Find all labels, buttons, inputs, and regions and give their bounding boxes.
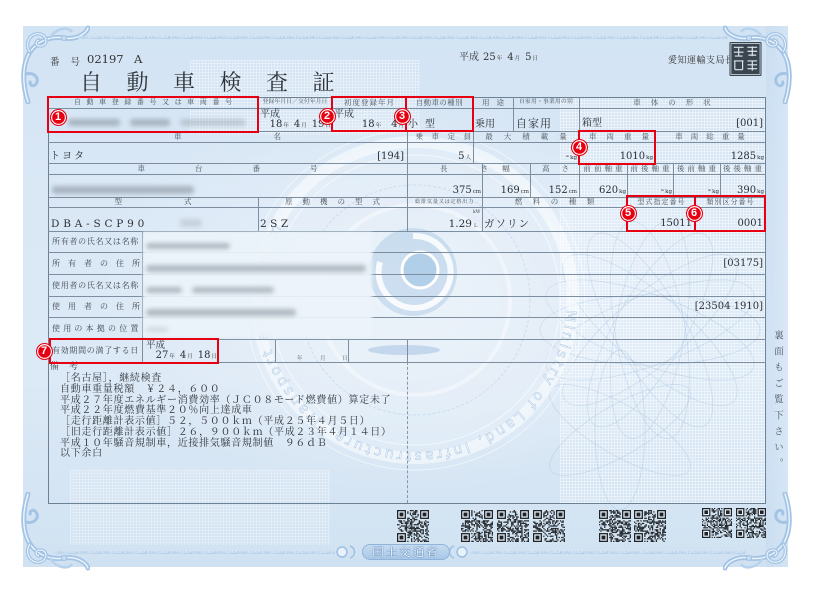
issue-month: 4 bbox=[507, 52, 513, 63]
user-address-redacted bbox=[146, 309, 296, 316]
annotation-badge-4: 4 bbox=[571, 139, 588, 156]
remarks-line: 自動車重量税額 ￥２４，６００ bbox=[60, 384, 221, 395]
annotation-box-1 bbox=[47, 96, 259, 133]
label-width: 幅 bbox=[482, 163, 530, 174]
unit-cm: cm bbox=[473, 189, 481, 195]
displacement-value: 1.29 bbox=[420, 218, 472, 230]
remarks-dashed-divider bbox=[407, 362, 408, 503]
private-business-value: 自家用 bbox=[516, 118, 552, 130]
qr-code-icon bbox=[599, 510, 631, 542]
label-max-load: 最大積載量 bbox=[473, 131, 579, 142]
unit-year: 年 bbox=[497, 56, 503, 62]
label-rear-rear-axle: 後後軸重 bbox=[720, 163, 765, 174]
base-location-redacted bbox=[146, 327, 168, 332]
unit-person: 人 bbox=[465, 155, 471, 161]
height-number: 152 bbox=[549, 185, 568, 196]
table-rule bbox=[348, 339, 349, 362]
remarks-line: ［名古屋］，継続検査 bbox=[60, 373, 162, 384]
issue-year: 25 bbox=[483, 52, 496, 63]
page-title: 自動車検査証 bbox=[80, 71, 359, 97]
unit-day: 日 bbox=[533, 56, 539, 62]
registration-month: 4 bbox=[294, 119, 300, 130]
body-shape-value: 箱型 bbox=[582, 118, 602, 130]
annotation-badge-3: 3 bbox=[394, 108, 411, 125]
annotation-badge-6: 6 bbox=[686, 205, 703, 222]
remarks-line: ［旧走行距離計表示値］２６，９００ｋｍ（平成２３年４月１４日） bbox=[60, 427, 392, 438]
qr-code-icon bbox=[397, 510, 429, 542]
registration-year: 18 bbox=[270, 119, 283, 130]
owner-address-code: [03175] bbox=[690, 258, 763, 270]
gross-weight-number: 1285 bbox=[731, 151, 756, 162]
annotation-box-7 bbox=[49, 338, 219, 364]
annotation-box-3 bbox=[405, 96, 474, 132]
label-length: 長さ bbox=[407, 163, 482, 174]
label-height: 高さ bbox=[530, 163, 579, 174]
unit-month: 月 bbox=[301, 123, 307, 129]
blank-year-unit: 年 bbox=[297, 354, 303, 362]
issue-day: 5 bbox=[525, 52, 531, 63]
owner-address-redacted bbox=[146, 265, 366, 272]
certificate-number-suffix: A bbox=[134, 52, 142, 66]
certificate-number: 02197 bbox=[87, 52, 124, 66]
model-redaction-blur bbox=[180, 219, 202, 227]
official-seal-icon bbox=[729, 41, 762, 77]
ff-axle-number: 620 bbox=[599, 185, 618, 196]
label-chassis-number: 車台番号 bbox=[48, 163, 407, 174]
label-rear-front-axle: 後前軸重 bbox=[673, 163, 720, 174]
qr-code-icon bbox=[735, 508, 767, 538]
owner-name-redacted bbox=[146, 243, 230, 249]
qr-code-icon bbox=[634, 510, 666, 542]
unit-kw: kW bbox=[473, 210, 480, 215]
user-name-redacted bbox=[146, 287, 182, 293]
unit-kg: kg bbox=[619, 189, 626, 195]
annotation-badge-1: 1 bbox=[50, 109, 67, 126]
label-owner-name: 所有者の氏名又は名称 bbox=[52, 236, 142, 247]
label-capacity: 乗車定員 bbox=[407, 131, 473, 142]
label-gross-weight: 車両総重量 bbox=[655, 131, 765, 142]
fuel-value: ガソリン bbox=[484, 218, 530, 230]
usage-value: 乗用 bbox=[475, 119, 495, 131]
table-rule bbox=[407, 339, 408, 362]
width-number: 169 bbox=[501, 185, 520, 196]
maker-code: [194] bbox=[340, 151, 404, 163]
qr-code-icon bbox=[497, 510, 529, 542]
label-private-business: 自家用・事業用の別 bbox=[513, 97, 579, 108]
top-microtext-band: 国土交通省MLIT 国土交通省MLIT 国土交通省MLIT 国土交通省MLIT … bbox=[78, 36, 728, 39]
label-user-name: 使用者の氏名又は名称 bbox=[52, 280, 142, 291]
annotation-badge-5: 5 bbox=[620, 205, 637, 222]
qr-code-icon bbox=[533, 510, 565, 542]
label-fuel: 燃料の種類 bbox=[482, 197, 627, 207]
unit-liter: L bbox=[474, 223, 477, 229]
model-value: DBA-SCP90 bbox=[51, 218, 148, 230]
annotation-badge-2: 2 bbox=[319, 108, 336, 125]
maker-value: トヨタ bbox=[50, 151, 86, 163]
qr-code-icon bbox=[701, 508, 733, 538]
chassis-number-redacted bbox=[52, 186, 194, 194]
label-model: 型式 bbox=[48, 197, 258, 207]
annotation-badge-7: 7 bbox=[36, 343, 53, 360]
capacity-number: 5 bbox=[458, 151, 464, 162]
ministry-ribbon: 国土交通省 bbox=[362, 544, 450, 560]
user-name-redacted bbox=[192, 287, 274, 293]
issue-era: 平成 bbox=[459, 52, 479, 63]
label-registration-date: 登録年月日／交付年月日 bbox=[258, 97, 332, 108]
label-body-shape: 車体の形状 bbox=[579, 97, 765, 108]
unit-year: 年 bbox=[283, 123, 289, 129]
engine-model-value: 2SZ bbox=[260, 218, 292, 230]
body-shape-code: [001] bbox=[700, 118, 763, 130]
label-user-address: 使用者の住所 bbox=[52, 301, 142, 312]
qr-code-icon bbox=[461, 510, 493, 542]
bottom-microtext-band-left: 国土交通省MLIT 国土交通省MLIT 国土交通省MLIT 国土交通省MLIT … bbox=[55, 551, 335, 554]
blank-month-unit: 月 bbox=[320, 354, 326, 362]
label-engine-model: 原動機の型式 bbox=[258, 197, 407, 207]
user-address-code: [23504 1910] bbox=[660, 301, 763, 313]
remarks-line: 平成２２年度燃費基準２０％向上達成車 bbox=[60, 405, 253, 416]
length-number: 375 bbox=[453, 185, 472, 196]
unit-kg: kg bbox=[757, 155, 764, 161]
label-base-location: 使用の本拠の位置 bbox=[52, 323, 142, 334]
table-rule bbox=[275, 339, 276, 362]
issue-date: 平成25年4月5日 bbox=[459, 52, 538, 65]
label-usage: 用途 bbox=[473, 97, 513, 108]
annotation-box-4 bbox=[578, 130, 656, 165]
remarks-line: 以下余白 bbox=[60, 448, 103, 459]
max-load-number: - bbox=[566, 151, 569, 162]
label-displacement: 総排気量又は定格出力 bbox=[407, 197, 482, 207]
annotation-box-6 bbox=[694, 195, 766, 232]
blank-day-unit: 日 bbox=[342, 354, 348, 362]
issuer: 愛知運輸支局長 bbox=[668, 53, 735, 66]
unit-kg: kg bbox=[570, 155, 577, 161]
side-note-see-reverse: 裏面もご覧下さい。 bbox=[770, 330, 784, 474]
scroll-ornament-icon bbox=[24, 494, 88, 568]
unit-cm: cm bbox=[521, 189, 529, 195]
unit-cm: cm bbox=[569, 189, 577, 195]
remarks-line: ［走行距離計表示値］５２，５００ｋｍ（平成２５年４月５日） bbox=[60, 416, 370, 427]
unit-month: 月 bbox=[515, 56, 521, 62]
label-owner-address: 所有者の住所 bbox=[52, 258, 142, 269]
bottom-microtext-band-right: 国土交通省MLIT 国土交通省MLIT 国土交通省MLIT 国土交通省MLIT … bbox=[470, 551, 745, 554]
number-label: 番号 bbox=[50, 54, 91, 68]
